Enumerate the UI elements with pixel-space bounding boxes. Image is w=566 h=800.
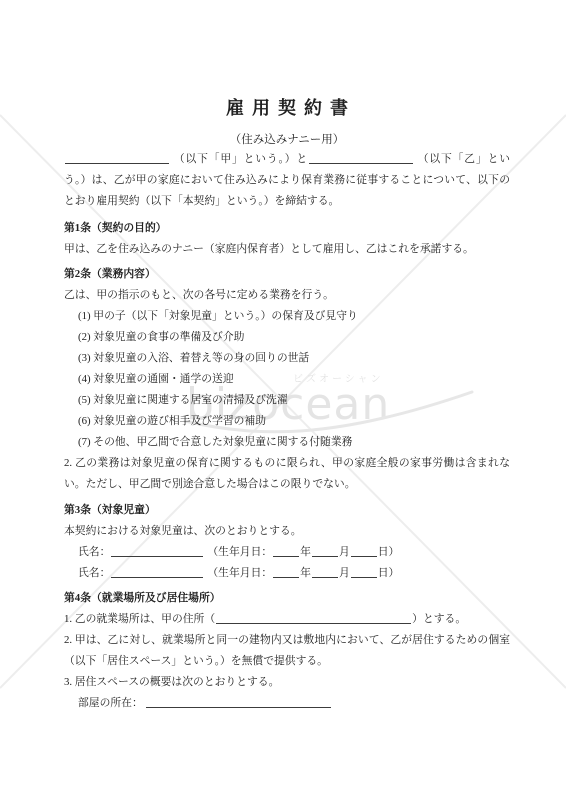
contract-document-page: ビズオーシャン bizocean 雇用契約書 （住み込みナニー用） （以下「甲」…: [0, 0, 566, 800]
intro-paragraph: （以下「甲」という。）と（以下「乙」という。）は、乙が甲の家庭において住み込みに…: [64, 149, 510, 212]
child-name-row: 氏名：（生年月日：年月日）: [78, 563, 510, 584]
birth-label: （生年月日：: [207, 567, 272, 579]
child-name-row: 氏名：（生年月日：年月日）: [78, 542, 510, 563]
intro-text-1: （以下「甲」という。）と: [173, 153, 308, 165]
child-name-field[interactable]: [111, 566, 203, 578]
workplace-address-field[interactable]: [216, 612, 411, 624]
duty-list-item: (1) 甲の子（以下「対象児童」という。）の保育及び見守り: [78, 306, 510, 327]
article-4-clause-2: 2. 甲は、乙に対し、就業場所と同一の建物内又は敷地内において、乙が居住するため…: [64, 630, 510, 672]
duty-list-item: (4) 対象児童の通園・通学の送迎: [78, 369, 510, 390]
party-otsu-name-field[interactable]: [309, 152, 413, 164]
room-location-row: 部屋の所在：: [78, 693, 510, 714]
article-4-clause-1: 1. 乙の就業場所は、甲の住所（）とする。: [64, 609, 510, 630]
article-2-lead: 乙は、甲の指示のもと、次の各号に定める業務を行う。: [64, 285, 510, 306]
article-4-clause-3: 3. 居住スペースの概要は次のとおりとする。: [64, 672, 510, 693]
birth-month-field[interactable]: [312, 566, 338, 578]
day-label: 日）: [378, 546, 400, 558]
duty-list-item: (7) その他、甲乙間で合意した対象児童に関する付随業務: [78, 432, 510, 453]
article-1-heading: 第1条（契約の目的）: [64, 218, 510, 239]
birth-year-field[interactable]: [273, 545, 299, 557]
child-name-field[interactable]: [111, 545, 203, 557]
day-label: 日）: [378, 567, 400, 579]
birth-label: （生年月日：: [207, 546, 272, 558]
room-location-field[interactable]: [146, 696, 331, 708]
article-3-heading: 第3条（対象児童）: [64, 500, 510, 521]
article-2-clause-2: 2. 乙の業務は対象児童の保育に関するものに限られ、甲の家庭全般の家事労働は含ま…: [64, 453, 510, 495]
name-label: 氏名：: [78, 546, 110, 558]
birth-year-field[interactable]: [273, 566, 299, 578]
birth-day-field[interactable]: [351, 545, 377, 557]
article-2-heading: 第2条（業務内容）: [64, 264, 510, 285]
duty-list-item: (3) 対象児童の入浴、着替え等の身の回りの世話: [78, 348, 510, 369]
year-label: 年: [300, 546, 311, 558]
birth-month-field[interactable]: [312, 545, 338, 557]
document-subtitle: （住み込みナニー用）: [64, 131, 510, 149]
month-label: 月: [339, 567, 350, 579]
workplace-text-pre: 1. 乙の就業場所は、甲の住所（: [64, 613, 215, 625]
year-label: 年: [300, 567, 311, 579]
document-title: 雇用契約書: [64, 96, 510, 120]
duty-list-item: (6) 対象児童の遊び相手及び学習の補助: [78, 411, 510, 432]
name-label: 氏名：: [78, 567, 110, 579]
workplace-text-post: ）とする。: [412, 613, 466, 625]
article-4-heading: 第4条（就業場所及び居住場所）: [64, 588, 510, 609]
duty-list-item: (2) 対象児童の食事の準備及び介助: [78, 327, 510, 348]
room-location-label: 部屋の所在：: [78, 697, 143, 709]
duty-list-item: (5) 対象児童に関連する居室の清掃及び洗濯: [78, 390, 510, 411]
month-label: 月: [339, 546, 350, 558]
party-kou-name-field[interactable]: [65, 152, 169, 164]
article-3-lead: 本契約における対象児童は、次のとおりとする。: [64, 521, 510, 542]
document-content: 雇用契約書 （住み込みナニー用） （以下「甲」という。）と（以下「乙」という。）…: [0, 0, 566, 800]
birth-day-field[interactable]: [351, 566, 377, 578]
article-1-body: 甲は、乙を住み込みのナニー（家庭内保育者）として雇用し、乙はこれを承諾する。: [64, 239, 510, 260]
